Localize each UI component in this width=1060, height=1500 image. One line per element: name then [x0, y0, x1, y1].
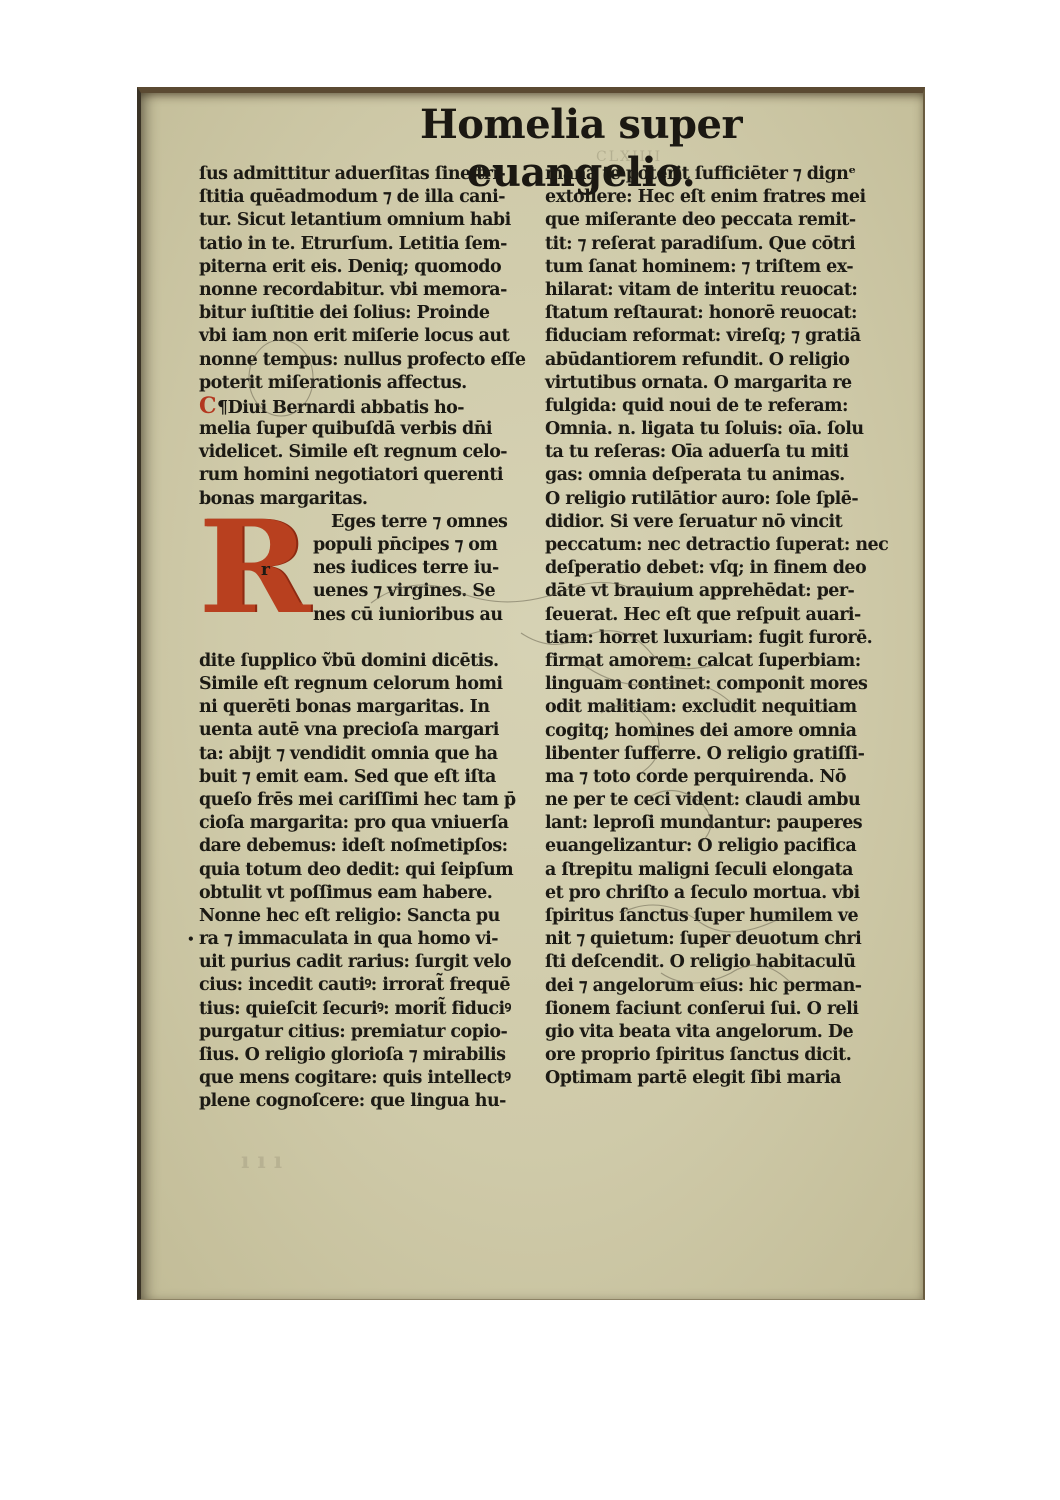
text-line: firmat amorem: calcat ſuperbiam: — [545, 650, 880, 673]
text-line: tius: quieſcit ſecuriꝰ: morit̃ fiduciꝰ — [199, 998, 549, 1021]
text-line: Omnia. n. ligata tu ſoluis: oīa. ſolu — [545, 418, 880, 441]
text-line: piterna erit eis. Deniq; quomodo — [199, 256, 549, 279]
text-line: nonne recordabitur. vbi memora- — [199, 279, 549, 302]
text-line: didior. Si vere ſeruatur nō vincit — [545, 511, 880, 534]
text-line: nes cū iunioribus au — [313, 604, 507, 627]
left-column: ſus admittitur aduerſitas ſine tri- ſtit… — [199, 163, 549, 1114]
text-line: fulgida: quid noui de te referam: — [545, 395, 880, 418]
text-line: abūdantiorem refundit. O religio — [545, 349, 880, 372]
text-line: nonne tempus: nullus profecto eſſe — [199, 349, 549, 372]
text-line: ta tu reſeras: Oīa aduerſa tu miti — [545, 441, 880, 464]
text-line: tiam: horret luxuriam: fugit furorē. — [545, 627, 880, 650]
text-line: populi pn̄cipes ⁊ om — [313, 534, 507, 557]
red-paragraph-mark: C — [199, 393, 216, 419]
text-line: et pro chriſto a ſeculo mortua. vbi — [545, 882, 880, 905]
text-line: uit purius cadit rarius: ſurgit velo — [199, 951, 549, 974]
text-line: Simile eſt regnum celorum homi — [199, 673, 549, 696]
text-line: cioſa margarita: pro qua vniuerſa — [199, 812, 549, 835]
text-line: ma ⁊ toto corde perquirenda. Nō — [545, 766, 880, 789]
left-column-opening-text: ſus admittitur aduerſitas ſine tri- ſtit… — [199, 163, 549, 395]
text-line: nit ⁊ quietum: ſuper deuotum chri — [545, 928, 880, 951]
text-line: a ſtrepitu maligni ſeculi elongata — [545, 859, 880, 882]
text-line: Eges terre ⁊ omnes — [313, 511, 507, 534]
text-line: ſtitia quēadmodum ⁊ de illa cani- — [199, 186, 549, 209]
text-line: nes iudices terre iu- — [313, 557, 507, 580]
text-line: virtutibus ornata. O margarita re — [545, 372, 880, 395]
text-line: lant: leproſi mundantur: pauperes — [545, 812, 880, 835]
rubric-stroke: s — [295, 595, 302, 618]
text-line: que miſerante deo peccata remit- — [545, 209, 880, 232]
text-line: libenter ſufferre. O religio gratiſſi- — [545, 743, 880, 766]
text-line: Optimam partē elegit ſibi maria — [545, 1067, 880, 1090]
text-line: ta: abijt ⁊ vendidit omnia que ha — [199, 743, 549, 766]
text-line: O religio rutilātior auro: ſole ſplē- — [545, 488, 880, 511]
text-line: •ra ⁊ immaculata in qua homo vi- — [199, 928, 549, 951]
right-column: mana te poterit ſufficiēter ⁊ dignᵉ exto… — [545, 163, 880, 1091]
text-line: ſeuerat. Hec eſt que reſpuit auari- — [545, 604, 880, 627]
text-line: deſperatio debet: vſq; in finem deo — [545, 557, 880, 580]
text-line: cogitq; homines dei amore omnia — [545, 720, 880, 743]
text-line: videlicet. Simile eſt regnum celo- — [199, 441, 549, 464]
text-line: tatio in te. Etrurſum. Letitia ſem- — [199, 233, 549, 256]
text-line: ne per te ceci vident: claudi ambu — [545, 789, 880, 812]
text-line: poterit miſerationis affectus. — [199, 372, 549, 395]
text-line: C¶Diui Bernardi abbatis ho- — [199, 395, 549, 418]
text-line: buit ⁊ emit eam. Sed que eſt iſta — [199, 766, 549, 789]
text-line: peccatum: nec detractio ſuperat: nec — [545, 534, 880, 557]
text-line: extollere: Hec eſt enim fratres mei — [545, 186, 880, 209]
text-line: bitur iuſtitie dei ſolius: Proinde — [199, 302, 549, 325]
text-line: dare debemus: ideſt noſmetipſos: — [199, 835, 549, 858]
text-line: obtulit vt poſſimus eam habere. — [199, 882, 549, 905]
text-line: odit malitiam: excludit nequitiam — [545, 696, 880, 719]
text-line: ni querēti bonas margaritas. In — [199, 696, 549, 719]
text-line: uenta autē vna precioſa margari — [199, 719, 549, 742]
text-line: que mens cogitare: quis intellectꝰ — [199, 1067, 549, 1090]
pilcrow-icon: ¶ — [217, 398, 228, 418]
decorated-initial-r: R — [198, 503, 309, 633]
text-line: uenes ⁊ virgines. Se — [313, 580, 507, 603]
text-line: tur. Sicut letantium omnium habi — [199, 209, 549, 232]
text-line: tum ſanat hominem: ⁊ triſtem ex- — [545, 256, 880, 279]
text-line: gio vita beata vita angelorum. De — [545, 1021, 880, 1044]
text-line-content: ra ⁊ immaculata in qua homo vi- — [199, 929, 498, 949]
indented-text: Eges terre ⁊ omnes populi pn̄cipes ⁊ om … — [313, 511, 507, 627]
text-line: rum homini negotiatori querenti — [199, 464, 549, 487]
text-line: ſti deſcendit. O religio habitaculū — [545, 951, 880, 974]
text-line: plene cognoſcere: que lingua hu- — [199, 1090, 549, 1113]
text-line: hilarat: vitam de interitu reuocat: — [545, 279, 880, 302]
text-line: cius: incedit cautiꝰ: irrorat̃ frequē — [199, 974, 549, 997]
text-line: euangelizantur: O religio pacifica — [545, 835, 880, 858]
left-column-body-text: dite ſupplico ṽbū domini dicētis. Simile… — [199, 650, 549, 1114]
guide-letter: r — [261, 559, 269, 582]
text-line: purgatur citius: premiatur copio- — [199, 1021, 549, 1044]
text-line: dei ⁊ angelorum eius: hic perman- — [545, 975, 880, 998]
text-line: ſionem faciunt conſerui ſui. O reli — [545, 998, 880, 1021]
text-line: dāte vt brauium apprehēdat: per- — [545, 580, 880, 603]
bullet-dot-icon: • — [187, 928, 194, 951]
text-line: fiduciam reformat: vireſq; ⁊ gratiā — [545, 325, 880, 348]
text-line: linguam continet: componit mores — [545, 673, 880, 696]
showthrough-mark: ııı — [241, 1148, 290, 1174]
text-line: dite ſupplico ṽbū domini dicētis. — [199, 650, 549, 673]
text-line: ſus admittitur aduerſitas ſine tri- — [199, 163, 549, 186]
rubric-text: Diui Bernardi abbatis ho- — [228, 398, 464, 418]
text-line: vbi iam non erit miſerie locus aut — [199, 325, 549, 348]
text-line: ſpiritus ſanctus ſuper humilem ve — [545, 905, 880, 928]
text-line: ſtatum reſtaurat: honorē reuocat: — [545, 302, 880, 325]
text-line: tit: ⁊ reſerat paradiſum. Que cōtri — [545, 233, 880, 256]
text-line: queſo frēs mei cariſſimi hec tam p̄ — [199, 789, 549, 812]
text-line: quia totum deo dedit: qui ſeipſum — [199, 859, 549, 882]
text-line: ore proprio ſpiritus ſanctus dicit. — [545, 1044, 880, 1067]
initial-section: R r s Eges terre ⁊ omnes populi pn̄cipes… — [199, 511, 549, 650]
text-line: gas: omnia deſperata tu animas. — [545, 464, 880, 487]
text-line: Nonne hec eſt religio: Sancta pu — [199, 905, 549, 928]
book-page: CLXIIII Homelia super euangelio. ſus adm… — [137, 87, 925, 1300]
text-line: ſius. O religio glorioſa ⁊ mirabilis — [199, 1044, 549, 1067]
text-line: melia ſuper quibuſdā verbis dn̄i — [199, 418, 549, 441]
text-line: mana te poterit ſufficiēter ⁊ dignᵉ — [545, 163, 880, 186]
